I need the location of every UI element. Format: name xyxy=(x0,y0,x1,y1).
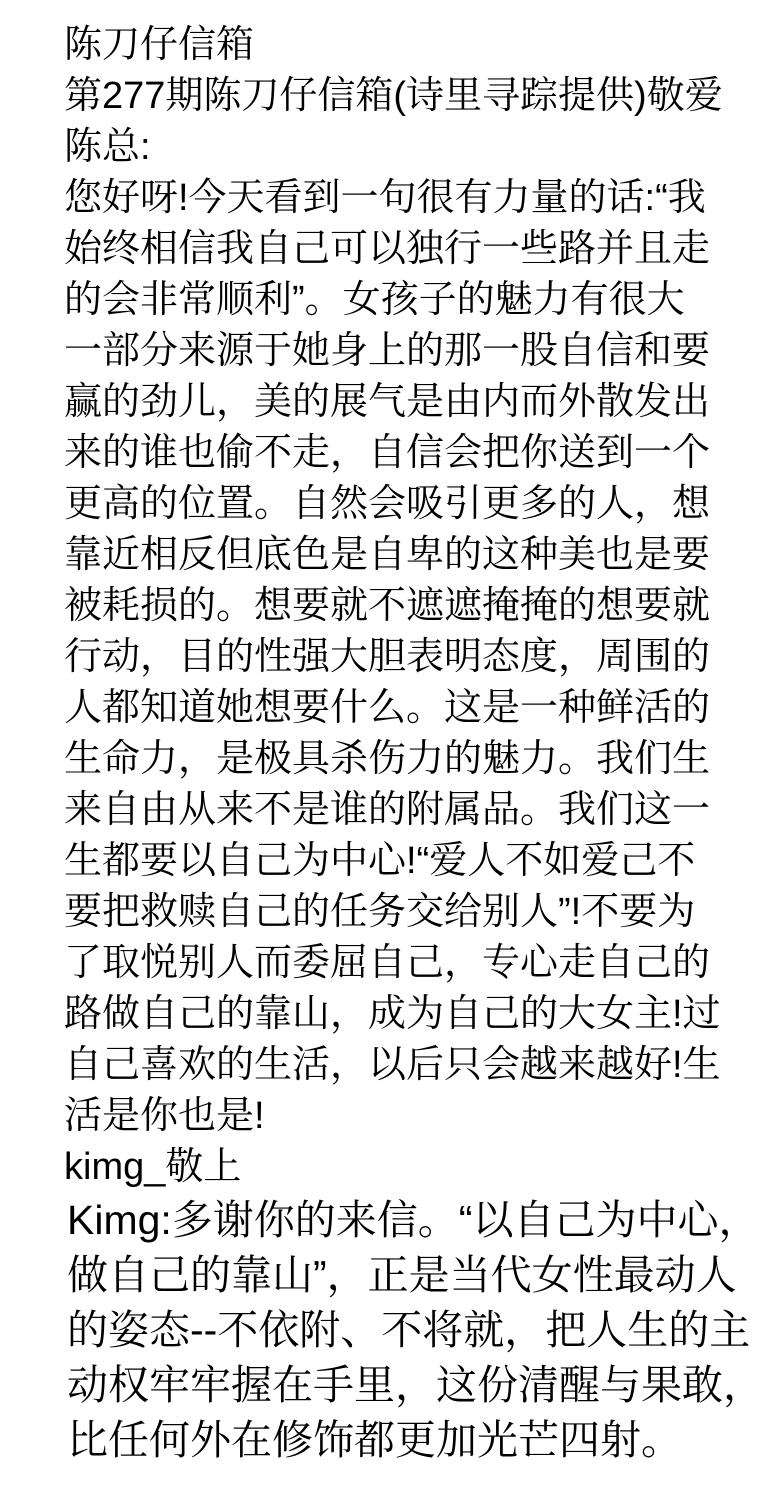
letter-text-line: 赢的劲儿，美的展气是由内而外散发出 xyxy=(64,377,783,428)
letter-text-line: 一部分来源于她身上的那一股自信和要 xyxy=(64,326,783,377)
letter-text-line: 第277期陈刀仔信箱(诗里寻踪提供)敬爱 xyxy=(64,71,783,122)
letter-text-line: 自己喜欢的生活，以后只会越来越好!生 xyxy=(64,1040,783,1091)
reply-text-line: 比任何外在修饰都更加光芒四射。 xyxy=(67,1413,783,1468)
letter-text-line: 的会非常顺利”。女孩子的魅力有很大 xyxy=(64,275,783,326)
letter-text-line: 陈总: xyxy=(64,122,783,173)
kimg-reply: Kimg:多谢你的来信。“以自己为中心，做自己的靠山”，正是当代女性最动人的姿态… xyxy=(0,1193,783,1468)
reply-text-line: 做自己的靠山”，正是当代女性最动人 xyxy=(67,1248,783,1303)
letter-text-line: kimg_敬上 xyxy=(64,1142,783,1193)
letter-text-line: 来自由从来不是谁的附属品。我们这一 xyxy=(64,785,783,836)
letter-text-line: 陈刀仔信箱 xyxy=(64,20,783,71)
reply-text-line: 的姿态--不依附、不将就，把人生的主 xyxy=(67,1303,783,1358)
letter-text-line: 路做自己的靠山，成为自己的大女主!过 xyxy=(64,989,783,1040)
letter-text-line: 生命力，是极具杀伤力的魅力。我们生 xyxy=(64,734,783,785)
letter-text-line: 您好呀!今天看到一句很有力量的话:“我 xyxy=(64,173,783,224)
reply-text-line: 动权牢牢握在手里，这份清醒与果敢， xyxy=(67,1358,783,1413)
letter-text-line: 靠近相反但底色是自卑的这种美也是要 xyxy=(64,530,783,581)
letter-body: 陈刀仔信箱第277期陈刀仔信箱(诗里寻踪提供)敬爱陈总:您好呀!今天看到一句很有… xyxy=(0,0,783,1193)
letter-text-line: 来的谁也偷不走，自信会把你送到一个 xyxy=(64,428,783,479)
letter-text-line: 被耗损的。想要就不遮遮掩掩的想要就 xyxy=(64,581,783,632)
mailbox-letter-page: 陈刀仔信箱第277期陈刀仔信箱(诗里寻踪提供)敬爱陈总:您好呀!今天看到一句很有… xyxy=(0,0,783,1500)
letter-text-line: 行动，目的性强大胆表明态度，周围的 xyxy=(64,632,783,683)
letter-text-line: 要把救赎自己的任务交给别人”!不要为 xyxy=(64,887,783,938)
letter-text-line: 了取悦别人而委屈自己，专心走自己的 xyxy=(64,938,783,989)
letter-text-line: 活是你也是! xyxy=(64,1091,783,1142)
letter-text-line: 始终相信我自己可以独行一些路并且走 xyxy=(64,224,783,275)
letter-text-line: 生都要以自己为中心!“爱人不如爱己不 xyxy=(64,836,783,887)
reply-text-line: Kimg:多谢你的来信。“以自己为中心， xyxy=(67,1193,783,1248)
letter-text-line: 更高的位置。自然会吸引更多的人，想 xyxy=(64,479,783,530)
letter-text-line: 人都知道她想要什么。这是一种鲜活的 xyxy=(64,683,783,734)
